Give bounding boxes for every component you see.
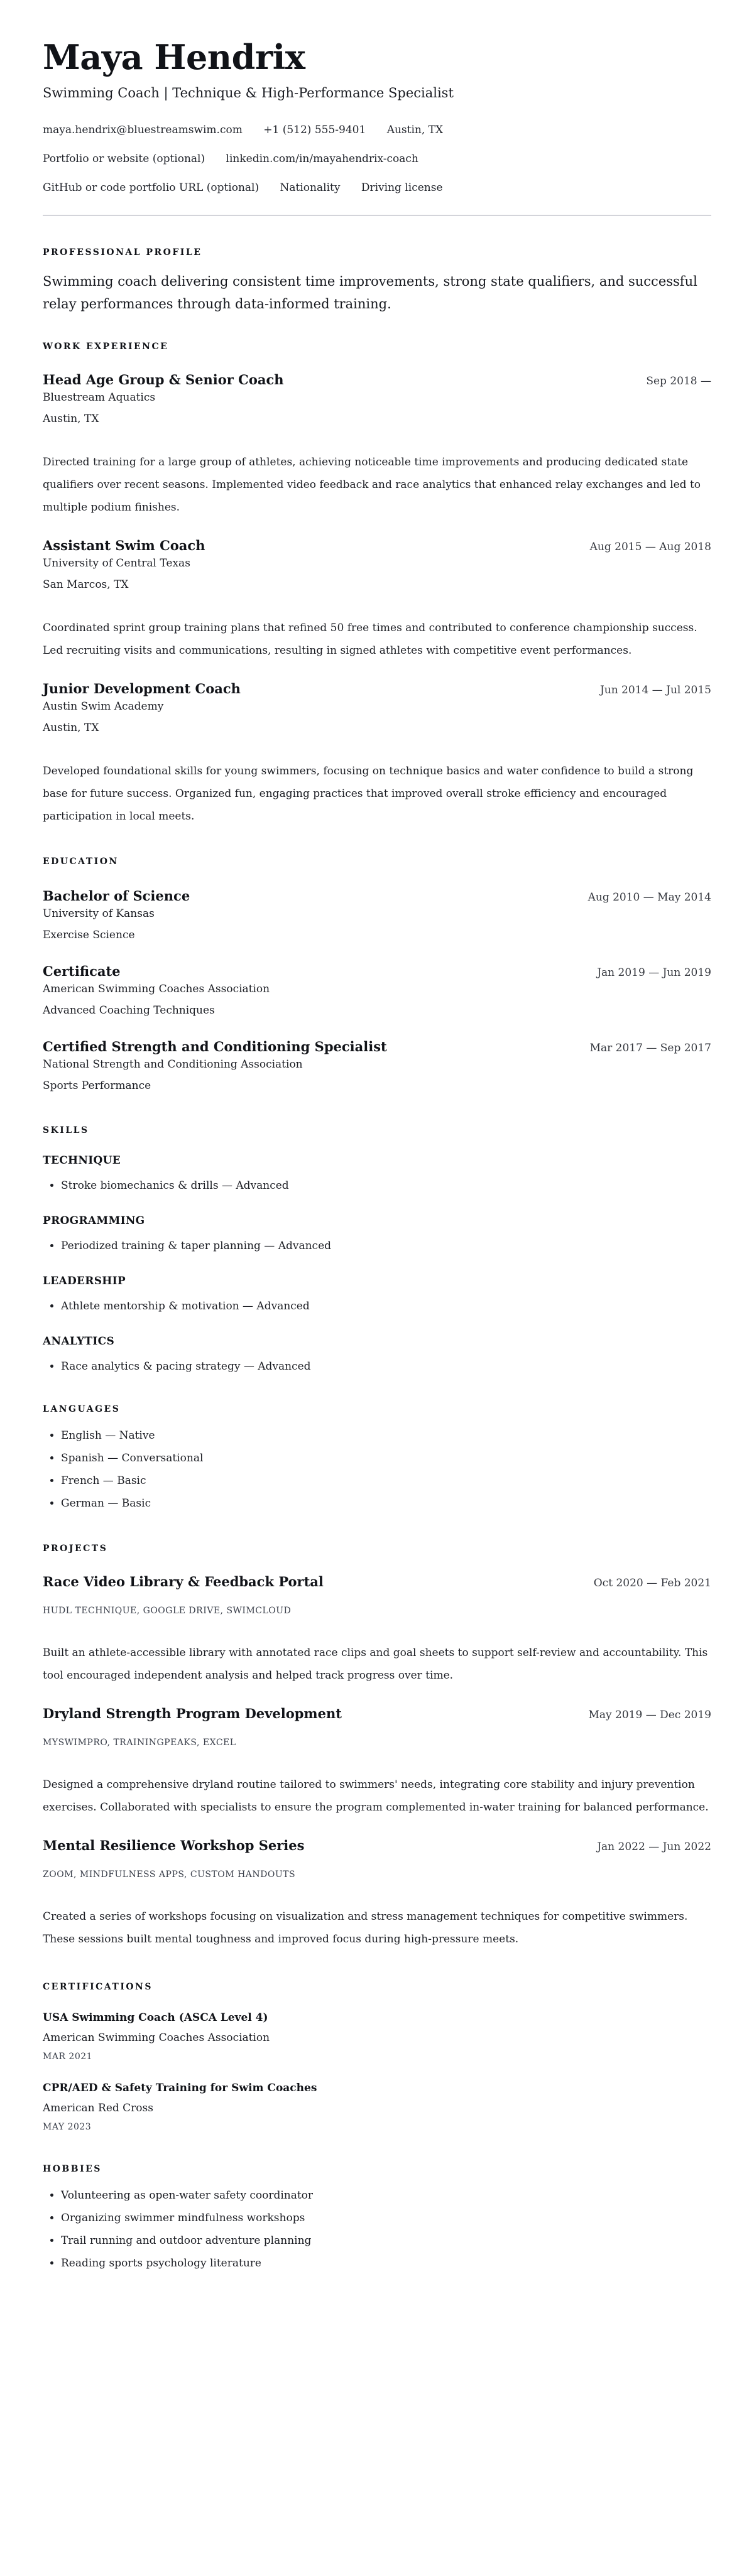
section-title-profile: Professional Profile (43, 246, 711, 259)
experience-entry: Junior Development Coach Jun 2014 — Jul … (43, 679, 711, 828)
language-item: English — Native (61, 1424, 711, 1447)
project-name: Dryland Strength Program Development (43, 1704, 342, 1723)
section-profile: Professional Profile Swimming coach deli… (43, 246, 711, 315)
project-dates: May 2019 — Dec 2019 (589, 1709, 712, 1721)
contact-row-extra: GitHub or code portfolio URL (optional) … (43, 180, 711, 196)
section-projects: Projects Race Video Library & Feedback P… (43, 1542, 711, 1951)
certification-date: MAR 2021 (43, 2050, 711, 2064)
education-entry: Certified Strength and Conditioning Spec… (43, 1037, 711, 1094)
project-entry: Dryland Strength Program Development May… (43, 1704, 711, 1819)
contact-portfolio[interactable]: Portfolio or website (optional) (43, 153, 205, 165)
experience-entry: Assistant Swim Coach Aug 2015 — Aug 2018… (43, 536, 711, 662)
hobby-item: Volunteering as open-water safety coordi… (61, 2184, 711, 2207)
hobby-item: Trail running and outdoor adventure plan… (61, 2229, 711, 2252)
experience-entry: Head Age Group & Senior Coach Sep 2018 —… (43, 371, 711, 519)
education-dates: Jan 2019 — Jun 2019 (597, 966, 711, 979)
experience-org: Bluestream Aquatics (43, 389, 711, 406)
project-name: Race Video Library & Feedback Portal (43, 1572, 324, 1591)
education-institution: National Strength and Conditioning Assoc… (43, 1056, 711, 1073)
skill-list: Race analytics & pacing strategy — Advan… (43, 1355, 711, 1378)
project-tech: ZOOM, MINDFULNESS APPS, CUSTOM HANDOUTS (43, 1868, 711, 1881)
language-list: English — Native Spanish — Conversationa… (43, 1424, 711, 1515)
skill-item: Athlete mentorship & motivation — Advanc… (61, 1295, 711, 1318)
project-name: Mental Resilience Workshop Series (43, 1836, 304, 1855)
project-dates: Oct 2020 — Feb 2021 (594, 1577, 711, 1589)
skill-list: Periodized training & taper planning — A… (43, 1235, 711, 1257)
section-skills: Skills TECHNIQUE Stroke biomechanics & d… (43, 1124, 711, 1378)
education-field: Sports Performance (43, 1078, 711, 1094)
experience-org: University of Central Texas (43, 555, 711, 571)
contact-row-primary: maya.hendrix@bluestreamswim.com +1 (512)… (43, 122, 711, 138)
project-tech: MYSWIMPRO, TRAININGPEAKS, EXCEL (43, 1736, 711, 1750)
certification-issuer: American Red Cross (43, 2100, 711, 2116)
experience-org: Austin Swim Academy (43, 698, 711, 715)
contact-driving-license: Driving license (361, 181, 443, 194)
contact-nationality: Nationality (280, 181, 341, 194)
education-entry: Certificate Jan 2019 — Jun 2019 American… (43, 962, 711, 1019)
education-field: Advanced Coaching Techniques (43, 1002, 711, 1019)
experience-role: Head Age Group & Senior Coach (43, 371, 284, 389)
project-description: Built an athlete-accessible library with… (43, 1642, 711, 1687)
experience-location: Austin, TX (43, 411, 711, 427)
certification-name: USA Swimming Coach (ASCA Level 4) (43, 2010, 711, 2026)
education-dates: Mar 2017 — Sep 2017 (590, 1042, 711, 1054)
section-title-languages: Languages (43, 1403, 711, 1415)
candidate-name: Maya Hendrix (43, 35, 711, 79)
education-institution: American Swimming Coaches Association (43, 981, 711, 997)
project-dates: Jan 2022 — Jun 2022 (597, 1841, 711, 1853)
section-experience: Work Experience Head Age Group & Senior … (43, 340, 711, 828)
certification-date: MAY 2023 (43, 2120, 711, 2134)
candidate-headline: Swimming Coach | Technique & High-Perfor… (43, 83, 711, 103)
section-languages: Languages English — Native Spanish — Con… (43, 1403, 711, 1515)
profile-summary: Swimming coach delivering consistent tim… (43, 270, 711, 315)
skill-category: LEADERSHIP (43, 1274, 711, 1289)
section-title-projects: Projects (43, 1542, 711, 1555)
skill-category: TECHNIQUE (43, 1153, 711, 1168)
project-entry: Mental Resilience Workshop Series Jan 20… (43, 1836, 711, 1951)
section-title-hobbies: Hobbies (43, 2163, 711, 2175)
experience-role: Assistant Swim Coach (43, 536, 205, 555)
contact-github[interactable]: GitHub or code portfolio URL (optional) (43, 181, 259, 194)
language-item: French — Basic (61, 1469, 711, 1492)
certification-name: CPR/AED & Safety Training for Swim Coach… (43, 2080, 711, 2096)
experience-dates: Jun 2014 — Jul 2015 (600, 684, 711, 696)
language-item: Spanish — Conversational (61, 1447, 711, 1469)
section-certifications: Certifications USA Swimming Coach (ASCA … (43, 1981, 711, 2134)
project-tech: HUDL TECHNIQUE, GOOGLE DRIVE, SWIMCLOUD (43, 1604, 711, 1618)
header-divider (43, 215, 711, 216)
contact-email[interactable]: maya.hendrix@bluestreamswim.com (43, 124, 243, 136)
education-dates: Aug 2010 — May 2014 (588, 891, 711, 904)
contact-linkedin[interactable]: linkedin.com/in/mayahendrix-coach (226, 153, 418, 165)
skill-list: Athlete mentorship & motivation — Advanc… (43, 1295, 711, 1318)
contact-location: Austin, TX (387, 124, 443, 136)
skill-item: Race analytics & pacing strategy — Advan… (61, 1355, 711, 1378)
certification-entry: USA Swimming Coach (ASCA Level 4) Americ… (43, 2010, 711, 2064)
section-title-certifications: Certifications (43, 1981, 711, 1993)
resume-header: Maya Hendrix Swimming Coach | Technique … (43, 35, 711, 196)
hobby-item: Organizing swimmer mindfulness workshops (61, 2207, 711, 2229)
education-degree: Certified Strength and Conditioning Spec… (43, 1037, 387, 1056)
skill-category: PROGRAMMING (43, 1213, 711, 1228)
section-education: Education Bachelor of Science Aug 2010 —… (43, 855, 711, 1094)
experience-location: Austin, TX (43, 720, 711, 736)
section-title-education: Education (43, 855, 711, 868)
skill-item: Periodized training & taper planning — A… (61, 1235, 711, 1257)
skill-item: Stroke biomechanics & drills — Advanced (61, 1174, 711, 1197)
education-entry: Bachelor of Science Aug 2010 — May 2014 … (43, 887, 711, 943)
resume-page: Maya Hendrix Swimming Coach | Technique … (0, 0, 754, 2300)
experience-dates: Aug 2015 — Aug 2018 (590, 541, 711, 553)
education-degree: Certificate (43, 962, 121, 981)
section-title-skills: Skills (43, 1124, 711, 1137)
contact-row-links: Portfolio or website (optional) linkedin… (43, 151, 711, 167)
hobby-list: Volunteering as open-water safety coordi… (43, 2184, 711, 2275)
certification-issuer: American Swimming Coaches Association (43, 2030, 711, 2046)
hobby-item: Reading sports psychology literature (61, 2252, 711, 2275)
education-field: Exercise Science (43, 927, 711, 943)
experience-dates: Sep 2018 — (646, 375, 711, 387)
contact-phone[interactable]: +1 (512) 555-9401 (263, 124, 366, 136)
education-degree: Bachelor of Science (43, 887, 190, 906)
project-description: Created a series of workshops focusing o… (43, 1905, 711, 1951)
project-description: Designed a comprehensive dryland routine… (43, 1773, 711, 1819)
certification-entry: CPR/AED & Safety Training for Swim Coach… (43, 2080, 711, 2134)
experience-description: Coordinated sprint group training plans … (43, 617, 711, 662)
experience-description: Developed foundational skills for young … (43, 760, 711, 828)
experience-role: Junior Development Coach (43, 679, 241, 698)
education-institution: University of Kansas (43, 906, 711, 922)
section-hobbies: Hobbies Volunteering as open-water safet… (43, 2163, 711, 2275)
project-entry: Race Video Library & Feedback Portal Oct… (43, 1572, 711, 1687)
skill-list: Stroke biomechanics & drills — Advanced (43, 1174, 711, 1197)
skill-category: ANALYTICS (43, 1334, 711, 1349)
experience-location: San Marcos, TX (43, 576, 711, 593)
experience-description: Directed training for a large group of a… (43, 451, 711, 519)
language-item: German — Basic (61, 1492, 711, 1515)
section-title-experience: Work Experience (43, 340, 711, 353)
